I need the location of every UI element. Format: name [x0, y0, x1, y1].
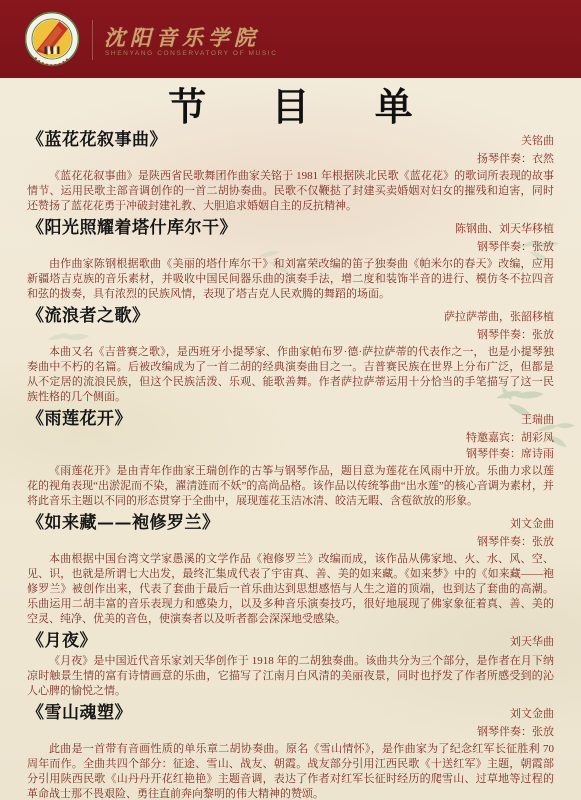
- composer-credit: 萨拉萨蒂曲，张韶移植: [444, 309, 554, 327]
- piece-title: 《流浪者之歌》: [27, 306, 150, 327]
- program-section-rulaizang: 《如来藏——袍修罗兰》 刘文金曲 钢琴伴奏：张放 本曲根据中国台湾文学家愚溪的文…: [27, 513, 554, 627]
- program-section-yueye: 《月夜》 刘天华曲 《月夜》是中国近代音乐家刘天华创作于 1918 年的二胡独奏…: [27, 631, 554, 699]
- school-logo: [24, 11, 80, 67]
- piece-description: 《蓝花花叙事曲》是陕西省民歌舞团作曲家关铭于 1981 年根据陕北民歌《蓝花花》…: [27, 169, 554, 214]
- program-content: 节 目 单 《蓝花花叙事曲》 关铭曲 扬琴伴奏：衣然 《蓝花花叙事曲》是陕西省民…: [0, 86, 581, 800]
- program-section-yulianhuakai: 《雨莲花开》 王瑞曲 特邀嘉宾：胡彩凤 钢琴伴奏：席诗雨 《雨莲花开》是由青年作…: [27, 409, 554, 509]
- accompanist-credit: 钢琴伴奏：张放: [27, 534, 554, 550]
- piece-description: 由作曲家陈钢根据歌曲《美丽的塔什库尔干》和刘富荣改编的笛子独奏曲《帕米尔的春天》…: [27, 257, 554, 302]
- piece-title: 《如来藏——袍修罗兰》: [27, 513, 220, 534]
- piece-description: 本曲又名《吉普赛之歌》，是西班牙小提琴家、作曲家帕布罗·德·萨拉萨蒂的代表作之一…: [27, 345, 554, 405]
- piece-description: 本曲根据中国台湾文学家愚溪的文学作品《袍修罗兰》改编而成，该作品从佛家地、火、水…: [27, 552, 554, 627]
- composer-credit: 刘天华曲: [510, 634, 554, 652]
- piece-title: 《阳光照耀着塔什库尔干》: [27, 218, 237, 239]
- accompanist-credit: 钢琴伴奏：席诗雨: [27, 446, 554, 462]
- piece-description: 《雨莲花开》是由青年作曲家王瑞创作的古筝与钢琴作品，题目意为莲花在风雨中开放。乐…: [27, 464, 554, 509]
- page-title: 节 目 单: [27, 86, 554, 128]
- piece-title: 《雨莲花开》: [27, 409, 132, 430]
- piece-title: 《蓝花花叙事曲》: [27, 130, 167, 151]
- conservatory-emblem-icon: [24, 11, 80, 67]
- composer-credit: 王瑞曲: [521, 412, 554, 430]
- composer-credit: 陈钢曲、刘天华移植: [455, 221, 554, 239]
- program-section-zigeunerweisen: 《流浪者之歌》 萨拉萨蒂曲，张韶移植 钢琴伴奏：张放 本曲又名《吉普赛之歌》，是…: [27, 306, 554, 405]
- composer-credit: 刘文金曲: [510, 516, 554, 534]
- school-name-cn: 沈阳音乐学院: [104, 22, 260, 52]
- accompanist-credit: 钢琴伴奏：张放: [27, 327, 554, 343]
- accompanist-credit: 钢琴伴奏：张放: [27, 239, 554, 255]
- piece-title: 《雪山魂塑》: [27, 703, 132, 724]
- guest-credit: 特邀嘉宾：胡彩凤: [27, 430, 554, 446]
- piece-description: 此曲是一首带有音画性质的单乐章二胡协奏曲。原名《雪山情怀》，是作曲家为了纪念红军…: [27, 742, 554, 800]
- accompanist-credit: 钢琴伴奏：张放: [27, 724, 554, 740]
- header-banner: 沈阳音乐学院 SHENYANG CONSERVATORY OF MUSIC: [0, 0, 581, 78]
- school-name-en: SHENYANG CONSERVATORY OF MUSIC: [105, 50, 278, 57]
- program-section-xueshanhunsu: 《雪山魂塑》 刘文金曲 钢琴伴奏：张放 此曲是一首带有音画性质的单乐章二胡协奏曲…: [27, 703, 554, 800]
- accompanist-credit: 扬琴伴奏：衣然: [27, 151, 554, 167]
- piece-title: 《月夜》: [27, 631, 97, 652]
- composer-credit: 刘文金曲: [510, 706, 554, 724]
- program-section-tashkurgan: 《阳光照耀着塔什库尔干》 陈钢曲、刘天华移植 钢琴伴奏：张放 由作曲家陈钢根据歌…: [27, 218, 554, 302]
- piece-description: 《月夜》是中国近代音乐家刘天华创作于 1918 年的二胡独奏曲。该曲共分为三个部…: [27, 654, 554, 699]
- program-page: 沈阳音乐学院 SHENYANG CONSERVATORY OF MUSIC 节 …: [0, 0, 581, 800]
- program-section-lanhuahua: 《蓝花花叙事曲》 关铭曲 扬琴伴奏：衣然 《蓝花花叙事曲》是陕西省民歌舞团作曲家…: [27, 130, 554, 214]
- composer-credit: 关铭曲: [521, 133, 554, 151]
- banner-divider: [92, 20, 93, 60]
